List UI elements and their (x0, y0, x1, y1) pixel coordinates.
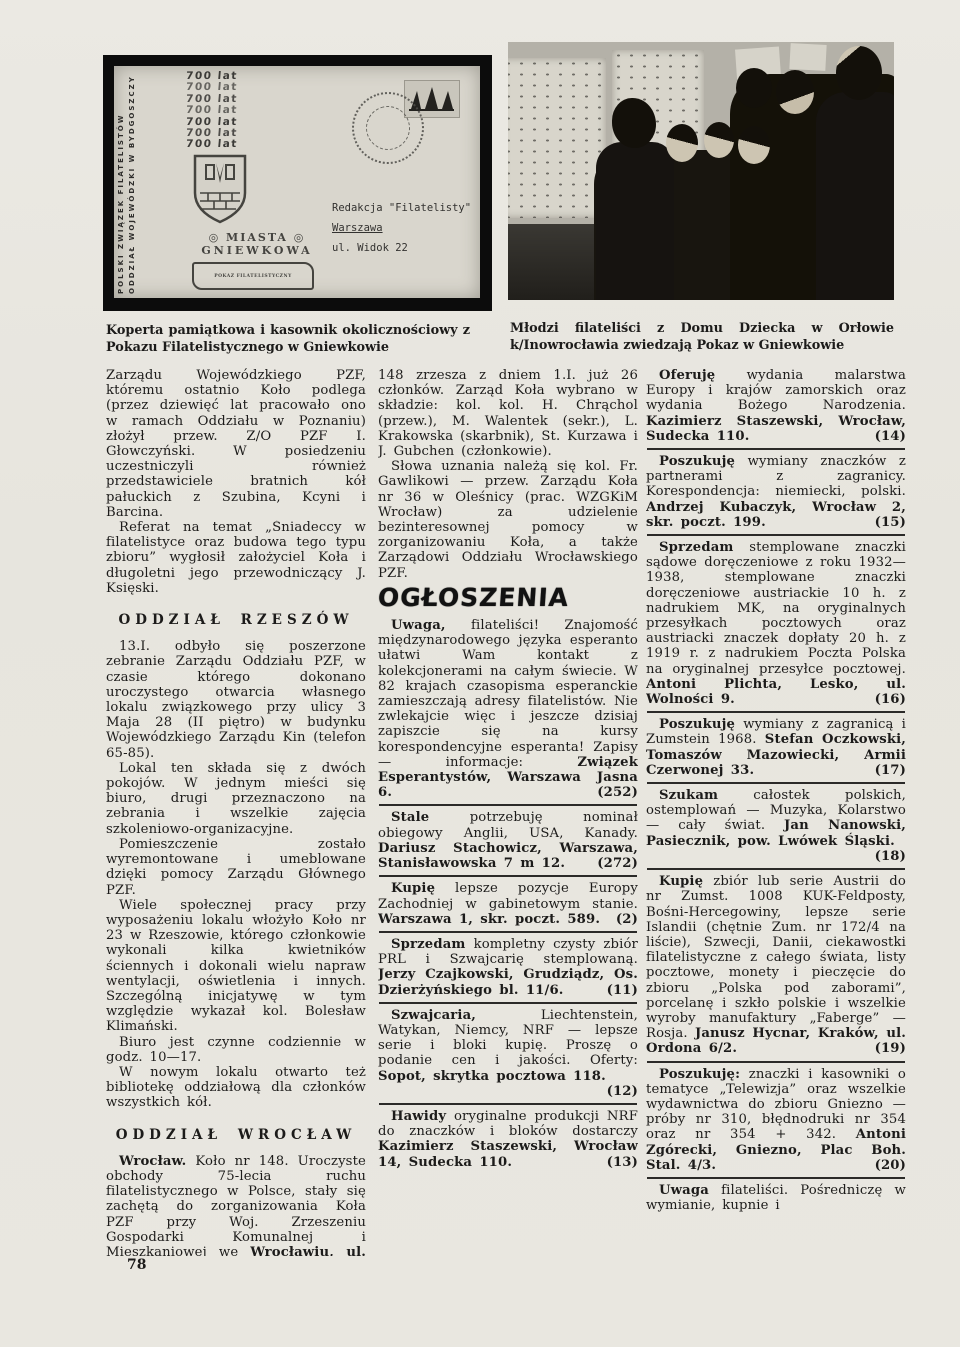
paragraph: 148 zrzesza z dniem 1.I. już 26 członków… (378, 368, 638, 459)
bold-text: Hawidy (391, 1109, 446, 1124)
ad-paragraph: Hawidy oryginalne produkcji NRF do znacz… (378, 1109, 638, 1170)
body-text: Pomieszczenie zostało wyremontowane i um… (106, 837, 366, 898)
sender-line-2: ODDZIAŁ WOJEWÓDZKI W BYDGOSZCZY (128, 70, 136, 294)
ad-divider (379, 931, 637, 933)
ad-paragraph: Szwajcaria, Liechtenstein, Watykan, Niem… (378, 1008, 638, 1099)
address-line-3: ul. Widok 22 (332, 238, 471, 258)
ad-divider (379, 1103, 637, 1105)
ogloszenia-logo: OGŁOSZENIA (378, 590, 638, 605)
paragraph: Uwaga filateliści. Pośredniczę w wymiani… (646, 1183, 906, 1213)
envelope-address: Redakcja "Filatelisty" Warszawa ul. Wido… (332, 198, 471, 258)
ad-number: (18) (862, 849, 906, 864)
stamp-display-board (508, 58, 606, 218)
body-text: filateliści! Znajomość międzynarodowego … (378, 618, 638, 770)
ad-paragraph: Uwaga, filateliści! Znajomość międzynaro… (378, 618, 638, 800)
envelope-sender-imprint: POLSKI ZWIĄZEK FILATELISTÓW ODDZIAŁ WOJE… (117, 70, 136, 294)
paragraph: W nowym lokalu otwarto też bibliotekę od… (106, 1065, 366, 1111)
body-text: Lokal ten składa się z dwóch pokojów. W … (106, 761, 366, 837)
person-silhouette (596, 142, 674, 300)
person-head (776, 70, 814, 114)
body-text: Wiele społecznej pracy przy wyposażeniu … (106, 898, 366, 1035)
paragraph: Wrocław. Koło nr 148. Uroczyste obchody … (106, 1154, 366, 1256)
person-head (704, 122, 734, 158)
ad-paragraph: Kupię zbiór lub serie Austrii do nr Zums… (646, 874, 906, 1056)
ad-paragraph: Stale potrzebuję nominał obiegowy Anglii… (378, 810, 638, 871)
ad-divider (647, 868, 905, 870)
body-text: zbiór lub serie Austrii do nr Zumst. 100… (646, 874, 906, 1041)
body-text: 148 zrzesza z dniem 1.I. już 26 członków… (378, 368, 638, 459)
ad-divider (647, 1177, 905, 1179)
envelope-banner: POKAZ FILATELISTYCZNY (192, 262, 314, 290)
paragraph: Wiele społecznej pracy przy wyposażeniu … (106, 898, 366, 1035)
ad-divider (379, 1002, 637, 1004)
ad-paragraph: Poszukuję wymiany z zagranicą i Zumstein… (646, 717, 906, 778)
bold-text: Warszawa 1, skr. poczt. 589. (378, 912, 600, 927)
coat-of-arms-icon (192, 153, 248, 229)
ad-number: (12) (594, 1084, 638, 1099)
address-line-2: Warszawa (332, 218, 471, 238)
paragraph: Lokal ten składa się z dwóch pokojów. W … (106, 761, 366, 837)
ad-number: (16) (862, 692, 906, 707)
bold-text: Poszukuję: (659, 1067, 740, 1082)
ad-number: (11) (594, 983, 638, 998)
ad-divider (647, 448, 905, 450)
bold-text: Szukam (659, 788, 718, 803)
bold-text: Sprzedam (659, 540, 734, 555)
ad-paragraph: Sprzedam kompletny czysty zbiór PRL i Sz… (378, 937, 638, 998)
ad-paragraph: Oferuję wydania malarstwa Europy i krajó… (646, 368, 906, 444)
ad-paragraph: Sprzedam stemplowane znaczki sądowe dorę… (646, 540, 906, 707)
ad-paragraph: Poszukuję: znaczki i kasowniki o tematyc… (646, 1067, 906, 1173)
body-text: Biuro jest czynne codziennie w godz. 10—… (106, 1035, 366, 1065)
ad-number: (15) (862, 515, 906, 530)
person-head (612, 98, 656, 148)
banner-line-1: POKAZ FILATELISTYCZNY (214, 274, 292, 279)
body-text: Referat na temat „Śniadeccy w filatelist… (106, 520, 366, 596)
paragraph: Zarządu Wojewódzkiego PZF, któremu ostat… (106, 368, 366, 520)
bold-text: Stale (391, 810, 429, 825)
body-text: Zarządu Wojewódzkiego PZF, któremu ostat… (106, 368, 366, 520)
section-heading: ODDZIAŁ WROCŁAW (106, 1128, 366, 1143)
person-head (738, 126, 770, 164)
section-heading: ODDZIAŁ RZESZÓW (106, 613, 366, 628)
ad-number: (13) (594, 1155, 638, 1170)
wall-poster (789, 43, 826, 71)
person-head (666, 124, 698, 162)
bold-text: Sprzedam (391, 937, 466, 952)
ad-number: (272) (584, 856, 638, 871)
ad-divider (647, 782, 905, 784)
bold-text: Oferuję (659, 368, 715, 383)
person-silhouette (816, 92, 894, 300)
ad-number: (20) (862, 1158, 906, 1173)
text-column-3: Oferuję wydania malarstwa Europy i krajó… (646, 368, 906, 1256)
magazine-page: POLSKI ZWIĄZEK FILATELISTÓW ODDZIAŁ WOJE… (0, 0, 960, 1347)
envelope-city-text: ◎ MIASTA ◎ GNIEWKOWA (172, 231, 342, 257)
ad-number: (252) (584, 785, 638, 800)
ad-number: (17) (862, 763, 906, 778)
body-text: Słowa uznania należą się kol. Fr. Gawlik… (378, 459, 638, 580)
caption-photo: Młodzi filateliści z Domu Dziecka w Orło… (510, 320, 894, 354)
body-text: stemplowane znaczki sądowe doręczeniowe … (646, 540, 906, 677)
city-line-2: GNIEWKOWA (172, 244, 342, 257)
bold-text: Wrocław. (119, 1154, 186, 1169)
address-line-1: Redakcja "Filatelisty" (332, 198, 471, 218)
bold-text: Sopot, skrytka pocztowa 118. (378, 1069, 606, 1084)
ad-number: (2) (603, 912, 638, 927)
text-column-2: 148 zrzesza z dniem 1.I. już 26 członków… (378, 368, 638, 1256)
ad-divider (379, 804, 637, 806)
text-column-1: Zarządu Wojewódzkiego PZF, któremu ostat… (106, 368, 366, 1256)
paragraph: Referat na temat „Śniadeccy w filatelist… (106, 520, 366, 596)
body-text: 13.I. odbyło się poszerzone zebranie Zar… (106, 639, 366, 760)
ad-paragraph: Poszukuję wymiany znaczków z partnerami … (646, 454, 906, 530)
caption-envelope: Koperta pamiątkowa i kasownik okolicznoś… (106, 322, 470, 356)
envelope-700-stack: 700 lat700 lat700 lat700 lat700 lat700 l… (186, 71, 238, 151)
page-number: 78 (127, 1257, 146, 1273)
body-text: Koło nr 148. Uroczyste obchody 75-lecia … (106, 1154, 366, 1256)
anniversary-line: 700 lat (186, 139, 239, 150)
ad-divider (647, 1061, 905, 1063)
person-head (836, 46, 882, 100)
ad-paragraph: Kupię lepsze pozycje Europy Zachodniej w… (378, 881, 638, 927)
bold-text: Szwajcaria, (391, 1008, 476, 1023)
bold-text: Kupię (659, 874, 703, 889)
commemorative-envelope: POLSKI ZWIĄZEK FILATELISTÓW ODDZIAŁ WOJE… (114, 66, 480, 298)
sender-line-1: POLSKI ZWIĄZEK FILATELISTÓW (117, 70, 125, 294)
city-line-1: ◎ MIASTA ◎ (172, 231, 342, 244)
ad-divider (379, 875, 637, 877)
ad-number: (14) (862, 429, 906, 444)
bold-text: Poszukuję (659, 454, 735, 469)
bold-text: Uwaga, (391, 618, 446, 633)
ad-divider (647, 711, 905, 713)
bold-text: Uwaga (659, 1183, 709, 1198)
paragraph: Słowa uznania należą się kol. Fr. Gawlik… (378, 459, 638, 581)
ad-paragraph: Szukam całostek polskich, ostemplowań — … (646, 788, 906, 864)
paragraph: 13.I. odbyło się poszerzone zebranie Zar… (106, 639, 366, 761)
bold-text: Kupię (391, 881, 435, 896)
body-text: W nowym lokalu otwarto też bibliotekę od… (106, 1065, 366, 1110)
paragraph: Pomieszczenie zostało wyremontowane i um… (106, 837, 366, 898)
person-head (736, 68, 772, 108)
ad-number: (19) (862, 1041, 906, 1056)
paragraph: Biuro jest czynne codziennie w godz. 10—… (106, 1035, 366, 1065)
ad-divider (647, 534, 905, 536)
anniversary-line: 700 lat (186, 105, 239, 116)
bold-text: Poszukuję (659, 717, 735, 732)
exhibition-photo (508, 42, 894, 300)
envelope-photo-frame: POLSKI ZWIĄZEK FILATELISTÓW ODDZIAŁ WOJE… (103, 55, 492, 311)
